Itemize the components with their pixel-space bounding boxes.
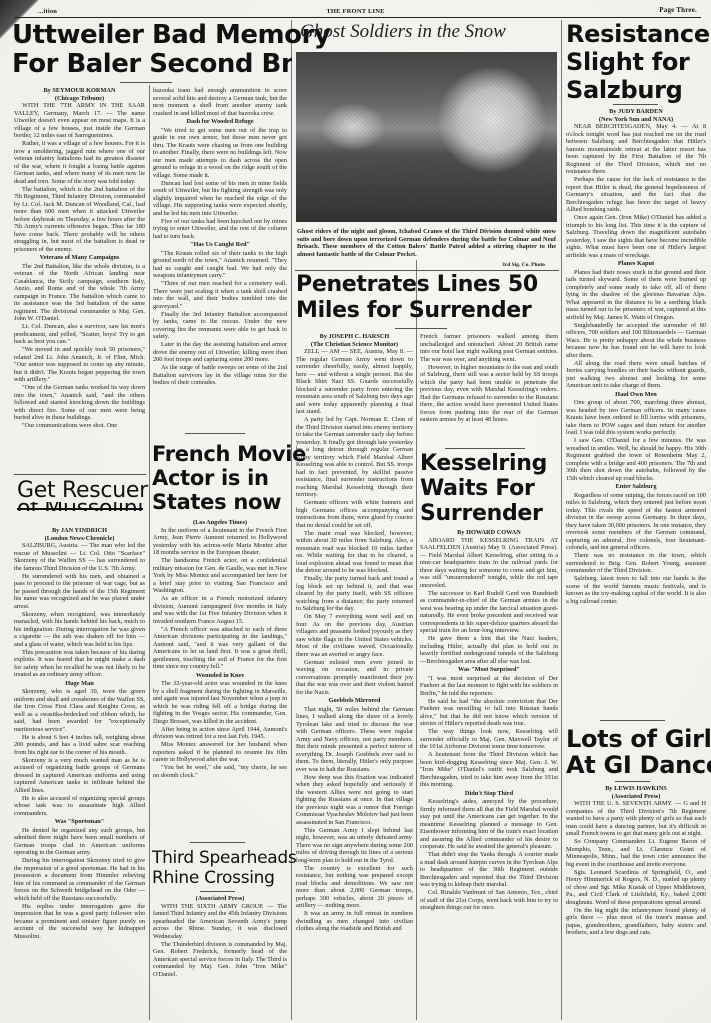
paragraph: bazooka team had enough ammunition to sc…: [153, 87, 287, 117]
headline-aumont-line3: States now: [152, 490, 281, 514]
paragraph: Skorzeny is a very much wanted man as he…: [14, 757, 145, 795]
paragraph: One group of about 700, marching three a…: [566, 399, 706, 437]
headline-kesselring-line3: Surrender: [420, 502, 543, 526]
subhead: Goebbels Mirrored: [296, 697, 413, 705]
paragraph: Five of our tanks had been knocked out b…: [153, 218, 287, 241]
article-aumont: (Los Angeles Times) In the uniform of a …: [153, 519, 287, 801]
subhead: Didn't Stop Third: [420, 790, 558, 798]
paragraph: SALZBURG, Austria. — The man who led the…: [14, 542, 145, 572]
paragraph: Rather, it was a village of a few houses…: [14, 140, 145, 185]
headline-salzburg-line2: Slight for: [566, 48, 690, 76]
byline: By JAN YINDRICH: [14, 527, 145, 535]
paragraph: Skorzeny, when recognized, was immediate…: [14, 611, 145, 649]
paragraph: ABOARD THE KESSELRING TRAIN AT SAALFELDE…: [420, 537, 558, 590]
paragraph: In the uniform of a lieutenant in the Fr…: [153, 527, 287, 557]
paragraph: German enlisted men even joined in wavin…: [296, 659, 413, 697]
source: (Los Angeles Times): [153, 519, 287, 527]
paragraph: A lieutenant from the Third Division whi…: [420, 751, 558, 789]
paragraph: A party led by Capt. Norman E. Clem of t…: [296, 416, 413, 499]
headline-skorzeny-line1: Get Rescuer: [17, 478, 148, 504]
byline: By JUDY BARDEN: [566, 108, 706, 116]
paragraph: He surrendered with his men, and obtaine…: [14, 573, 145, 611]
paragraph: Planes had their noses stuck in the grou…: [566, 269, 706, 322]
paragraph: Finally, the party turned back and found…: [296, 575, 413, 613]
headline-rule: [120, 82, 172, 83]
subhead: Wounded in Knee: [153, 672, 287, 680]
page-number: Page Three.: [659, 6, 697, 14]
article-ottweiler-col1: By SEYMOUR KORMAN (Chicago Tribune) WITH…: [14, 87, 145, 440]
paragraph: This German Army I slept behind last nig…: [296, 827, 413, 865]
source: (Associated Press): [153, 895, 287, 903]
subhead: "Has Us Caught Red": [153, 241, 287, 249]
headline-rule: [200, 891, 235, 892]
paragraph: There was no resistance in the town, whi…: [566, 552, 706, 575]
headline-kesselring-line2: Waits For: [420, 477, 535, 501]
paragraph: Duncan had lost some of his men in mine …: [153, 180, 287, 218]
paragraph: The handsome French actor, on a confiden…: [153, 557, 287, 595]
paragraph: He gave them a hint that the Nazi leader…: [420, 635, 558, 665]
photo-caption: Ghost riders of the night and gloom, Ich…: [297, 228, 556, 258]
paragraph: Miss Montez answered for her husband whe…: [153, 741, 287, 764]
paragraph: After being in action since April 1944, …: [153, 726, 287, 741]
headline-aumont-line1: French Movie: [152, 442, 306, 466]
paragraph: This precaution was taken because of his…: [14, 649, 145, 679]
paragraph: Col. Rinaldo Vanbrunt of San Antonio, Te…: [420, 889, 558, 912]
headline-skorzeny-line2: of Mussolini: [17, 502, 143, 511]
subhead: Was "Most Surprised": [420, 666, 558, 674]
article-divider: [190, 842, 245, 843]
paragraph: He is also accused of organizing special…: [14, 795, 145, 818]
byline: By HOWARD COWAN: [420, 529, 558, 537]
paragraph: "One of the German tanks worked its way …: [14, 384, 145, 422]
headline-rhine-line1: Third Spearheads: [152, 848, 296, 868]
paragraph: So Company Commanders Lt. Eugene Bacon o…: [566, 838, 706, 868]
article-rhine: (Associated Press) WITH THE SIXTH ARMY G…: [153, 895, 287, 1015]
headline-rule: [613, 104, 658, 105]
paragraph: He is about 6 feet 4 inches tall, weighi…: [14, 734, 145, 757]
photo-ghost-soldiers: [296, 52, 557, 222]
headline-ghost: Ghost Soldiers in the Snow: [300, 20, 506, 44]
headline-salzburg-line3: Salzburg: [566, 76, 683, 104]
paragraph: "A French officer was attached to each o…: [153, 626, 287, 671]
article-girls: By LEWIS HAWKINS (Associated Press) WITH…: [566, 785, 706, 1015]
paragraph: He denied he organized any such groups, …: [14, 827, 145, 857]
paragraph: He said he had "the absolute conviction …: [420, 698, 558, 728]
photo-credit: 3rd Sig. Co. Photo: [502, 262, 545, 268]
paragraph: The way things look now, Kesselring will…: [420, 728, 558, 751]
article-divider: [600, 720, 665, 721]
headline-salzburg-line1: Resistance: [566, 20, 710, 48]
paragraph: The successor to Karl Rudolf Gerd von Ru…: [420, 590, 558, 635]
byline: By LEWIS HAWKINS: [566, 785, 706, 793]
paragraph: "We moved in and quickly took 50 prisone…: [14, 346, 145, 384]
paragraph: All along the road there were small batc…: [566, 360, 706, 390]
paragraph: Once again Gen. (Iron Mike) O'Daniel has…: [566, 214, 706, 259]
article-penetrates-col1: By JOSEPH C. HARSCH (The Christian Scien…: [296, 333, 413, 1018]
paragraph: How deep was this fixation was indicated…: [296, 774, 413, 827]
paragraph: On the big night the infantrymen found p…: [566, 907, 706, 937]
paragraph: Regardless of some sniping, the forces r…: [566, 492, 706, 552]
paragraph: His replies under interrogation gave the…: [14, 903, 145, 941]
paragraph: WITH THE SIXTH ARMY GROUP. — The famed T…: [153, 903, 287, 941]
paragraph: Germans officers with white banners and …: [296, 499, 413, 529]
subhead: Huge Man: [14, 680, 145, 688]
headline-ottweiler-line2: For Baler Second Bn.: [12, 49, 292, 79]
paragraph: ZELL — AM — SEE, Austria, May 8. — The r…: [296, 348, 413, 416]
column-divider: [291, 20, 292, 1020]
headline-rule: [615, 781, 650, 782]
article-salzburg: By JUDY BARDEN (New York Sun and NANA) N…: [566, 108, 706, 776]
headline-ottweiler-line1: Uttweiler Bad Memory: [12, 20, 330, 50]
source: (The Christian Science Monitor): [296, 341, 413, 349]
subhead: Veterans of Many Campaigns: [14, 254, 145, 262]
paragraph: WITH THE U. S. SEVENTH ARMY. — G and H c…: [566, 800, 706, 838]
paragraph: Later in the day the assisting battalion…: [153, 341, 287, 364]
source: (Associated Press): [566, 793, 706, 801]
paragraph: That night, 50 miles behind the German l…: [296, 706, 413, 774]
paragraph: Perhaps the cause for the lack of resist…: [566, 176, 706, 214]
headline-girls-line1: Lots of Girls: [566, 726, 711, 752]
paragraph: "Our communications were shot. One: [14, 422, 145, 430]
paragraph: Skorzeny, who is aged 39, wore the green…: [14, 688, 145, 733]
paragraph: During his interrogation Skorzeny tried …: [14, 857, 145, 902]
paragraph: The Thunderbird division is commanded by…: [153, 941, 287, 979]
source: (New York Sun and NANA): [566, 116, 706, 124]
paragraph: "I was most surprised at the decision of…: [420, 675, 558, 698]
paragraph: As the surge of battle sweeps on some of…: [153, 364, 287, 387]
headline-rule: [395, 328, 447, 329]
paragraph: The main road was blocked, however, with…: [296, 530, 413, 575]
subhead: Was "Sportsman": [14, 818, 145, 826]
paragraph: As an officer in a French motorized infa…: [153, 595, 287, 625]
masthead-rule: [14, 17, 701, 18]
paragraph: Salzburg, latest town to fall into our h…: [566, 575, 706, 605]
headline-rhine-line2: Rhine Crossing: [152, 868, 275, 888]
paragraph: However, in higher mountains to the east…: [420, 364, 558, 424]
paragraph: The 2nd Battalion, like the whole divisi…: [14, 263, 145, 323]
paragraph: The battalion, which is the 2nd battalio…: [14, 186, 145, 254]
article-penetrates-col2: French farmer prisoners walked among the…: [420, 333, 558, 445]
article-divider: [185, 433, 245, 434]
paragraph: "Three of our men reached for a cemetery…: [153, 280, 287, 310]
subhead: Haul Own Men: [566, 391, 706, 399]
paragraph: Finally the 3rd Infantry Battalion accom…: [153, 311, 287, 341]
byline: By JOSEPH C. HARSCH: [296, 333, 413, 341]
article-divider: [295, 270, 559, 271]
paragraph: It was an army in full retreat in number…: [296, 910, 413, 933]
column-divider: [149, 85, 150, 1020]
paragraph: The country is excellent for such resist…: [296, 865, 413, 910]
masthead: ...ition THE FRONT LINE Page Three.: [0, 4, 711, 18]
paragraph: Singlehandedly he accepted the surrender…: [566, 322, 706, 360]
column-divider: [561, 20, 562, 1020]
column-divider: [416, 260, 417, 1020]
paragraph: "The Krauts rolled six of their tanks to…: [153, 250, 287, 280]
source: (Chicago Tribune): [14, 95, 145, 103]
paragraph: Kesselring's aides, annoyed by the proce…: [420, 798, 558, 851]
headline-girls-line2: At GI Dance: [566, 752, 711, 778]
paragraph: WITH THE 7TH ARMY IN THE SAAR VALLEY, Ge…: [14, 102, 145, 140]
article-ottweiler-col2: bazooka team had enough ammunition to sc…: [153, 87, 287, 420]
byline: By SEYMOUR KORMAN: [14, 87, 145, 95]
paragraph: I saw Gen. O'Daniel for a few minutes. H…: [566, 437, 706, 482]
headline-aumont-line2: Actor is in: [152, 466, 269, 490]
subhead: Enter Salzburg: [566, 483, 706, 491]
paragraph: That didn't stop the Yanks though. A cou…: [420, 851, 558, 889]
headline-penetrates-line1: Penetrates Lines 50: [296, 272, 538, 298]
newspaper-page: ...ition THE FRONT LINE Page Three. Uttw…: [0, 0, 711, 1023]
paragraph: On May 7 everything went well and on fou…: [296, 613, 413, 658]
paper-title: THE FRONT LINE: [0, 8, 711, 15]
paragraph: NEAR BERCHTESGADEN, May 4. — At 8 o'cloc…: [566, 123, 706, 176]
paragraph: "You bet he weel," she said, "my cherie,…: [153, 764, 287, 779]
article-kesselring: By HOWARD COWAN ABOARD THE KESSELRING TR…: [420, 529, 558, 1019]
subhead: Planes Kaput: [566, 260, 706, 268]
paragraph: Sgts. Leonard Scardinia of Springfield, …: [566, 869, 706, 907]
article-skorzeny: By JAN YINDRICH (London News-Chronicle) …: [14, 527, 145, 1007]
paragraph: Lt. Col. Duncan, also a survivor, saw hi…: [14, 323, 145, 346]
article-divider: [445, 448, 525, 449]
subhead: Dash for Wooded Refuge: [153, 118, 287, 126]
paragraph: French farmer prisoners walked among the…: [420, 333, 558, 363]
headline-penetrates-line2: Miles for Surrender: [296, 298, 531, 324]
headline-kesselring-line1: Kesselring: [420, 452, 547, 476]
paragraph: "We tried to get some men out of the tra…: [153, 127, 287, 180]
article-divider: [14, 474, 146, 475]
source: (London News-Chronicle): [14, 535, 145, 543]
paragraph: The 32-year-old actor was wounded in the…: [153, 680, 287, 725]
